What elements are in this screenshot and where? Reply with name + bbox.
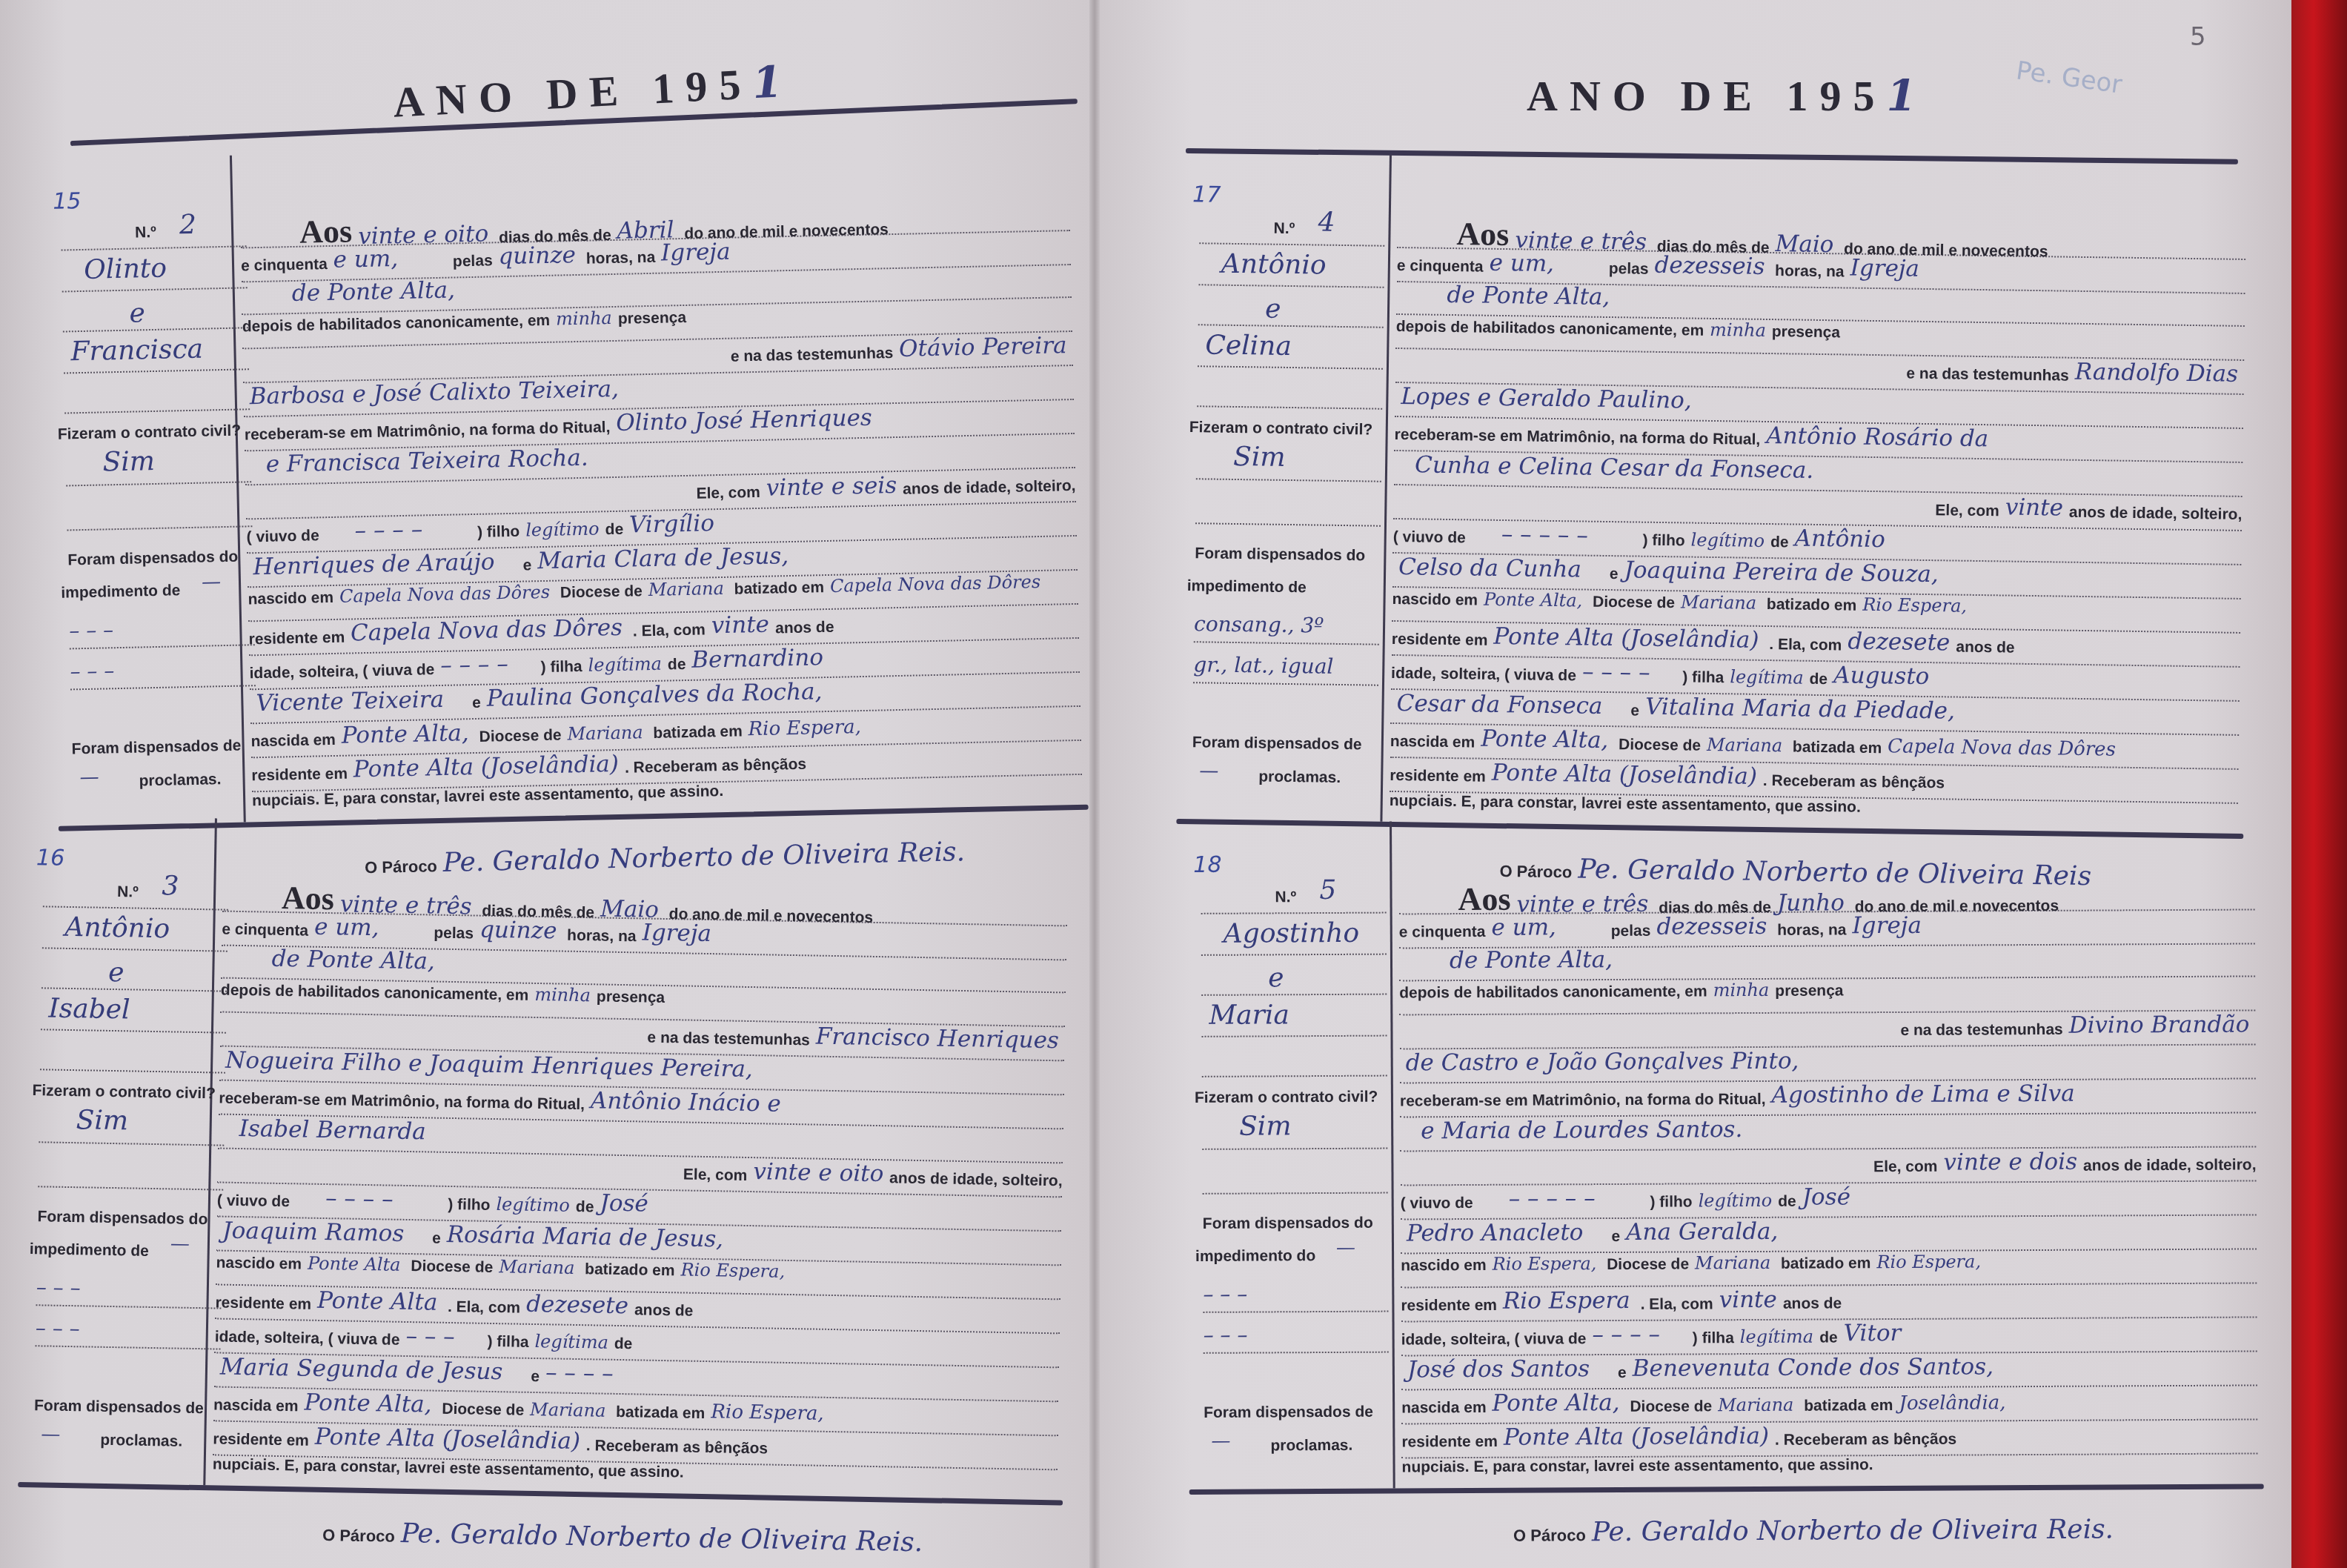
bride-baptism-place: Rio Espera, xyxy=(742,716,867,741)
proclamas-label-1: Foram dispensados de xyxy=(1204,1403,1373,1422)
row-bride-widow: idade, solteira, ( viuva de– – – – ) fil… xyxy=(1401,1318,2257,1356)
groom-father-2: Celso da Cunha xyxy=(1392,554,1587,583)
wedding-hour: dezesseis xyxy=(1648,252,1770,280)
groom-father-2: Joaquim Ramos xyxy=(216,1217,411,1247)
row-witnesses-1: e na das testemunhasDivino Brandão xyxy=(1399,1011,2255,1049)
groom-residence: Rio Espera xyxy=(1497,1287,1636,1315)
wedding-place-1: Igreja xyxy=(636,919,717,947)
record-body: Aosvinte e três dias do mês deMaio do an… xyxy=(1389,199,2246,834)
bride-birthplace: Ponte Alta, xyxy=(335,720,475,749)
wedding-place-1: Igreja xyxy=(1846,912,1928,940)
record-sidebar: N.º 3 Antônio e Isabel Fizeram o contrat… xyxy=(18,860,214,1485)
bride-father-1: Vitor xyxy=(1838,1320,1908,1346)
groom-father-1: José xyxy=(1796,1183,1856,1210)
witnesses-2: Lopes e Geraldo Paulino, xyxy=(1395,383,1698,414)
couple-names-2: Isabel Bernarda xyxy=(233,1115,432,1146)
row-date: Aosvinte e três dias do mês deJunho do a… xyxy=(1398,876,2254,914)
proclamas-label-2: proclamas. xyxy=(139,771,221,790)
presence-word: minha xyxy=(1707,980,1776,1000)
red-book-cover-edge xyxy=(2291,0,2347,1568)
year-title-handwritten-digit: 1 xyxy=(1886,70,1916,121)
bride-baptism-place: Capela Nova das Dôres xyxy=(1882,735,2122,761)
groom-diocese: Mariana xyxy=(1689,1252,1776,1274)
bride-first-name: Isabel xyxy=(48,993,130,1025)
wedding-hour: quinze xyxy=(492,242,582,270)
record-body: Aosvinte e três dias do mês deJunho do a… xyxy=(1398,861,2257,1488)
civil-contract-label: Fizeram o contrato civil? xyxy=(1189,419,1373,439)
groom-baptism-place: Rio Espera, xyxy=(1856,594,1973,617)
bride-birthplace: Ponte Alta, xyxy=(1475,725,1614,754)
groom-residence: Ponte Alta xyxy=(311,1287,444,1316)
row-couple-2: e Maria de Lourdes Santos. xyxy=(1400,1113,2256,1152)
presence-word: minha xyxy=(1704,319,1772,341)
impediment-detail-2: gr., lat., igual xyxy=(1193,652,1334,679)
presence-word: minha xyxy=(528,984,597,1006)
entry-number-label: N.º xyxy=(117,883,139,901)
groom-first-name: Agostinho xyxy=(1224,918,1359,949)
row-groom-parents: Pedro AnacletoeAna Geralda, xyxy=(1401,1215,2257,1254)
groom-father-2: Pedro Anacleto xyxy=(1401,1219,1590,1246)
impediment-label-2: impedimento de xyxy=(61,582,180,602)
impediment-detail-2: – – – xyxy=(1204,1323,1248,1347)
entry-number: 2 xyxy=(179,210,196,240)
groom-mother: Rosária Maria de Jesus, xyxy=(441,1221,730,1253)
bride-first-name: Maria xyxy=(1209,1000,1289,1031)
groom-diocese: Mariana xyxy=(493,1256,581,1278)
wedding-hour: dezesseis xyxy=(1650,913,1773,940)
bride-age: vinte xyxy=(705,611,775,639)
row-groom-widower: ( viuvo de– – – – – ) filholegítimodeJos… xyxy=(1401,1181,2257,1220)
witnesses-1: Otávio Pereira xyxy=(893,332,1073,362)
proclamas-value: — xyxy=(1199,760,1218,782)
bride-birthplace: Ponte Alta, xyxy=(1486,1389,1625,1417)
impediment-label-1: Foram dispensados do xyxy=(37,1208,208,1229)
witnesses-1: Randolfo Dias xyxy=(2069,359,2245,388)
proclamas-label-1: Foram dispensados de xyxy=(1192,734,1362,754)
bride-residence: Ponte Alta (Joselândia) xyxy=(309,1424,587,1455)
groom-residence: Ponte Alta (Joselândia) xyxy=(1487,623,1765,654)
impediment-value: — xyxy=(1336,1237,1355,1259)
proclamas-label-2: proclamas. xyxy=(1258,768,1341,787)
groom-first-name: Antônio xyxy=(64,912,170,944)
row-groom-residence: residente emRio Espera . Ela, comvintean… xyxy=(1401,1283,2257,1322)
impediment-detail-1: – – – xyxy=(36,1275,81,1300)
groom-father-1: Virgílio xyxy=(623,510,721,539)
impediment-detail-1: – – – xyxy=(69,617,113,642)
bride-father-2: Vicente Teixeira xyxy=(250,686,450,717)
civil-contract-value: Sim xyxy=(102,446,155,477)
proclamas-label-1: Foram dispensados de xyxy=(71,737,241,759)
proclamas-label-2: proclamas. xyxy=(1270,1437,1352,1455)
bride-father-2: Maria Segunda de Jesus xyxy=(214,1353,509,1385)
wedding-place-2: de Ponte Alta, xyxy=(1441,282,1616,310)
year-suffix: e um, xyxy=(308,914,385,942)
bride-diocese: Mariana xyxy=(561,722,649,744)
open-register-book: ANO DE 1951 5 Pe. Geor ANO DE 1951 15 N.… xyxy=(0,0,2347,1568)
conjunction: e xyxy=(108,957,125,988)
bride-first-name: Francisca xyxy=(70,334,203,368)
record-body: Aosvinte e oito dias do mês deAbril do a… xyxy=(239,182,1082,822)
row-bride-birth: nascida emPonte Alta, Diocese deMariana … xyxy=(1401,1386,2257,1424)
impediment-label-1: Foram dispensados do xyxy=(1203,1215,1373,1233)
bride-residence: Ponte Alta (Joselândia) xyxy=(1498,1423,1775,1451)
groom-age: vinte e seis xyxy=(760,472,903,502)
year-suffix: e um, xyxy=(1483,250,1560,277)
bride-diocese: Mariana xyxy=(1712,1395,1799,1416)
entry-number-label: N.º xyxy=(1273,220,1295,238)
bride-first-name: Celina xyxy=(1205,330,1292,362)
couple-names-2: Cunha e Celina Cesar da Fonseca. xyxy=(1409,451,1820,484)
groom-father-1: Antônio xyxy=(1788,525,1891,553)
couple-names-1: Agostinho de Lima e Silva xyxy=(1765,1080,2080,1109)
bride-father-2: José dos Santos xyxy=(1401,1355,1596,1383)
bride-age: dezesete xyxy=(520,1291,635,1320)
bride-residence: Ponte Alta (Joselândia) xyxy=(1486,760,1764,790)
wedding-place-1: Igreja xyxy=(1844,254,1925,282)
bride-age: vinte xyxy=(1713,1286,1783,1313)
groom-age: vinte e dois xyxy=(1937,1149,2083,1176)
row-bride-residence: residente emPonte Alta (Joselândia). Rec… xyxy=(1401,1420,2257,1458)
groom-father-2: Henriques de Araújo xyxy=(247,548,501,580)
civil-contract-label: Fizeram o contrato civil? xyxy=(58,422,242,444)
record-sidebar: N.º 5 Agostinho e Maria Fizeram o contra… xyxy=(1186,866,1392,1489)
bride-diocese: Mariana xyxy=(524,1399,612,1421)
entry-number-label: N.º xyxy=(135,224,156,242)
wedding-hour: quinze xyxy=(474,916,563,944)
civil-contract-value: Sim xyxy=(1233,442,1286,473)
groom-residence: Capela Nova das Dôres xyxy=(345,614,629,647)
civil-contract-value: Sim xyxy=(1239,1111,1292,1141)
witnesses-1: Francisco Henriques xyxy=(810,1023,1066,1054)
row-place: de Ponte Alta, xyxy=(1399,943,2255,981)
entry-number: 5 xyxy=(1319,875,1336,906)
page-number: 5 xyxy=(2190,22,2206,52)
marriage-record: 15 N.º 2 Olinto e Francisca Fizeram o co… xyxy=(44,138,1089,826)
row-groom-birth: nascido emRio Espera, Diocese deMariana … xyxy=(1401,1249,2257,1288)
entry-number: 3 xyxy=(162,871,179,901)
proclamas-value: — xyxy=(1211,1430,1230,1452)
wedding-place-2: de Ponte Alta, xyxy=(265,946,441,975)
row-groom-age: Ele, comvinte e doisanos de idade, solte… xyxy=(1400,1147,2256,1186)
bride-residence: Ponte Alta (Joselândia) xyxy=(348,751,625,783)
marriage-record: 16 N.º 3 Antônio e Isabel Fizeram o cont… xyxy=(18,815,1074,1500)
witnesses-2: de Castro e João Gonçalves Pinto, xyxy=(1400,1048,1805,1077)
bride-age: dezesete xyxy=(1842,628,1956,656)
couple-names-1: Olinto José Henriques xyxy=(610,405,878,437)
groom-diocese: Mariana xyxy=(1675,591,1762,614)
year-suffix: e um, xyxy=(1485,914,1562,941)
year-title-handwritten-digit: 1 xyxy=(751,56,783,108)
civil-contract-value: Sim xyxy=(76,1105,128,1136)
groom-first-name: Antônio xyxy=(1221,249,1327,281)
groom-father-1: José xyxy=(594,1189,654,1217)
groom-birthplace: Capela Nova das Dôres xyxy=(333,582,557,607)
groom-first-name: Olinto xyxy=(84,253,167,285)
impediment-detail-1: consang., 3º xyxy=(1194,611,1324,637)
record-sidebar: N.º 4 Antônio e Celina Fizeram o contrat… xyxy=(1176,196,1389,822)
groom-birthplace: Ponte Alta, xyxy=(1478,589,1589,611)
row-presence: depois de habilitados canonicamente, emm… xyxy=(1399,977,2255,1015)
conjunction: e xyxy=(129,298,145,328)
bride-diocese: Mariana xyxy=(1701,734,1788,757)
impediment-label-2: impedimento de xyxy=(1187,577,1307,597)
impediment-label-2: impedimento do xyxy=(1195,1247,1315,1266)
bride-mother: – – – – xyxy=(540,1359,620,1387)
impediment-detail-1: – – – xyxy=(1203,1282,1247,1306)
parish-priest-signature: Pe. Geraldo Norberto de Oliveira Reis. xyxy=(1586,1514,2119,1547)
witnesses-1: Divino Brandão xyxy=(2063,1011,2256,1038)
wedding-place-2: de Ponte Alta, xyxy=(1444,946,1619,974)
record-body: Aosvinte e três dias do mês deMaio do an… xyxy=(212,863,1067,1501)
couple-names-1: Antônio Rosário da xyxy=(1760,422,1994,452)
marriage-record: 18 N.º 5 Agostinho e Maria Fizeram o con… xyxy=(1186,817,2264,1489)
presence-word: minha xyxy=(550,308,618,330)
impediment-label-1: Foram dispensados do xyxy=(1195,545,1365,565)
bride-mother: Vitalina Maria da Piedade, xyxy=(1639,694,1961,725)
couple-names-2: e Maria de Lourdes Santos. xyxy=(1415,1116,1748,1144)
book-gutter xyxy=(1089,0,1100,1568)
groom-mother: Ana Geralda, xyxy=(1620,1218,1784,1246)
wedding-place-2: de Ponte Alta, xyxy=(285,276,461,307)
year-suffix: e um, xyxy=(327,245,404,273)
bride-baptism-place: Joselândia, xyxy=(1893,1392,2011,1415)
bride-father-1: Augusto xyxy=(1828,662,1936,690)
marriage-record: 17 N.º 4 Antônio e Celina Fizeram o cont… xyxy=(1176,152,2252,834)
row-couple-1: receberam-se em Matrimônio, na forma do … xyxy=(1400,1079,2256,1117)
groom-baptism-place: Rio Espera, xyxy=(674,1259,791,1282)
entry-number-label: N.º xyxy=(1275,888,1296,906)
groom-birthplace: Rio Espera, xyxy=(1487,1253,1603,1275)
civil-contract-label: Fizeram o contrato civil? xyxy=(32,1082,216,1103)
groom-age: vinte xyxy=(1999,494,2070,521)
groom-baptism-place: Capela Nova das Dôres xyxy=(824,571,1047,597)
year-title-printed: ANO DE 195 xyxy=(1527,72,1886,120)
parish-priest-signature-line: O PárocoPe. Geraldo Norberto de Oliveira… xyxy=(1513,1514,2119,1547)
row-witnesses-2: de Castro e João Gonçalves Pinto, xyxy=(1400,1045,2256,1083)
proclamas-value: — xyxy=(41,1423,61,1445)
bride-father-2: Cesar da Fonseca xyxy=(1390,690,1608,720)
civil-contract-label: Fizeram o contrato civil? xyxy=(1195,1089,1378,1107)
bride-birthplace: Ponte Alta, xyxy=(298,1389,438,1418)
bride-father-1: Bernardino xyxy=(685,644,829,674)
couple-names-1: Antônio Inácio e xyxy=(585,1087,787,1117)
impediment-value: — xyxy=(202,571,222,594)
impediment-label-2: impedimento de xyxy=(30,1240,149,1260)
impediment-value: — xyxy=(170,1232,190,1255)
conjunction: e xyxy=(1265,294,1281,325)
impediment-label-1: Foram dispensados do xyxy=(67,548,238,570)
row-bride-parents: José dos SantoseBenevenuta Conde dos San… xyxy=(1401,1352,2257,1390)
bride-baptism-place: Rio Espera, xyxy=(705,1401,830,1425)
groom-birthplace: Ponte Alta xyxy=(302,1253,407,1275)
impediment-detail-2: – – – xyxy=(70,658,114,683)
wedding-place-1: Igreja xyxy=(655,238,737,266)
impediment-detail-2: – – – xyxy=(36,1315,80,1341)
groom-age: vinte e oito xyxy=(747,1158,890,1187)
proclamas-value: — xyxy=(79,766,99,789)
right-page-year-title: ANO DE 1951 xyxy=(1527,70,1916,121)
bride-father-1 xyxy=(632,1326,645,1353)
proclamas-label-2: proclamas. xyxy=(100,1432,182,1451)
entry-number: 4 xyxy=(1318,207,1335,238)
proclamas-label-1: Foram dispensados de xyxy=(34,1397,204,1418)
bride-mother: Benevenuta Conde dos Santos, xyxy=(1627,1353,1999,1382)
groom-mother: Maria Clara de Jesus, xyxy=(531,542,795,574)
conjunction: e xyxy=(1268,963,1284,993)
groom-baptism-place: Rio Espera, xyxy=(1870,1251,1987,1272)
groom-diocese: Mariana xyxy=(642,578,730,600)
groom-mother: Joaquina Pereira de Souza, xyxy=(1618,557,1945,588)
record-sidebar: N.º 2 Olinto e Francisca Fizeram o contr… xyxy=(45,200,244,826)
